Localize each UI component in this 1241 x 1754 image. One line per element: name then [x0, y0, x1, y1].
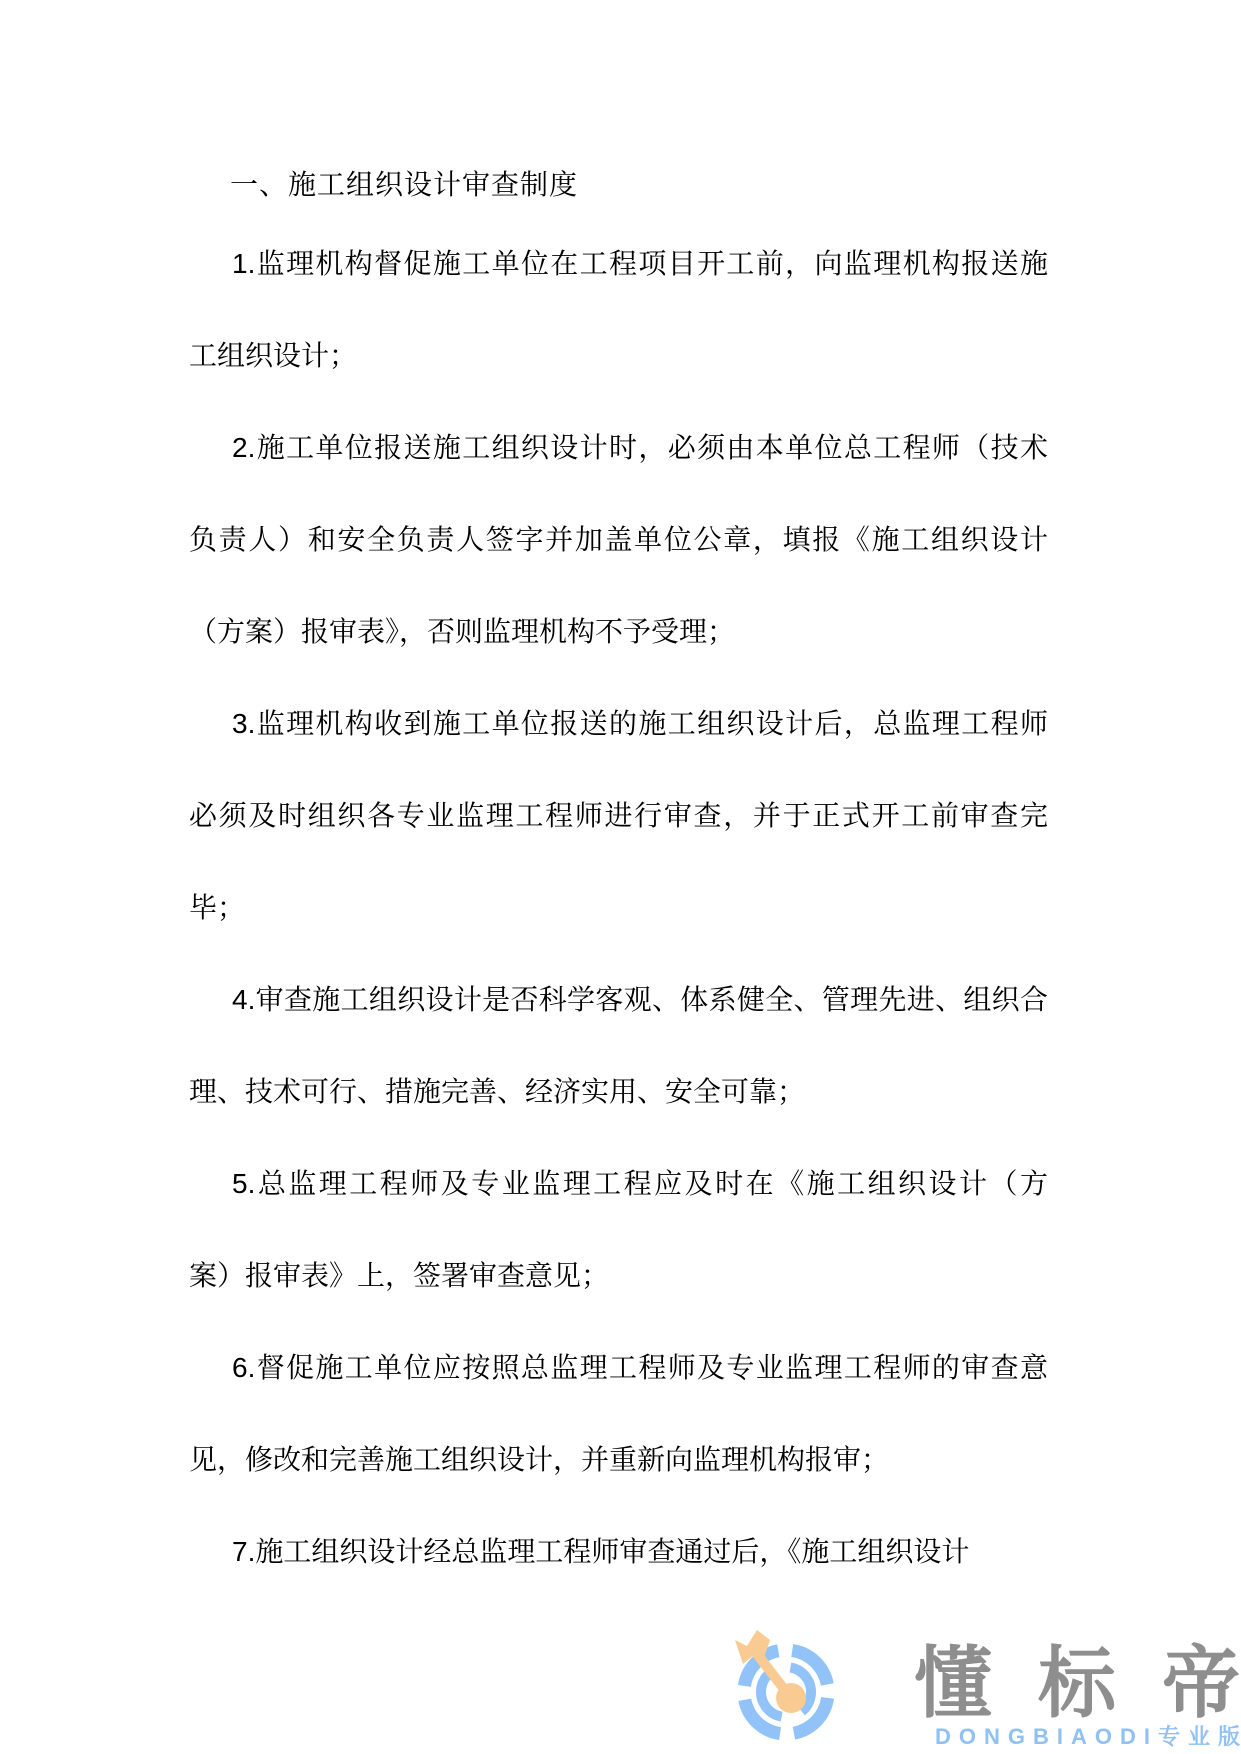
paragraph-2: 2.施工单位报送施工组织设计时，必须由本单位总工程师（技术负责人）和安全负责人签… [189, 402, 1048, 678]
text-line: 案）报审表》上，签署审查意见； [189, 1230, 1048, 1322]
brand-text-block: 懂标帝 DONGBIAODI专业版 [914, 1648, 1240, 1750]
paragraph-1: 1.监理机构督促施工单位在工程项目开工前，向监理机构报送施工组织设计； [189, 218, 1048, 402]
document-title: 一、施工组织设计审查制度 [189, 152, 1048, 218]
paragraph-7: 7.施工组织设计经总监理工程师审查通过后，《施工组织设计 [189, 1506, 1048, 1598]
text-line: 7.施工组织设计经总监理工程师审查通过后，《施工组织设计 [189, 1506, 1048, 1598]
text-line: （方案）报审表》，否则监理机构不予受理； [189, 586, 1048, 678]
brand-name: 懂标帝 [914, 1648, 1241, 1718]
text-line: 负责人）和安全负责人签字并加盖单位公章，填报《施工组织设计 [189, 494, 1048, 586]
document-body-area: 一、施工组织设计审查制度 1.监理机构督促施工单位在工程项目开工前，向监理机构报… [189, 0, 1048, 1598]
paragraph-4: 4.审查施工组织设计是否科学客观、体系健全、管理先进、组织合理、技术可行、措施完… [189, 954, 1048, 1138]
text-line: 3.监理机构收到施工单位报送的施工组织设计后，总监理工程师 [189, 678, 1048, 770]
brand-caption: DONGBIAODI专业版 [914, 1724, 1241, 1750]
document-paragraphs: 1.监理机构督促施工单位在工程项目开工前，向监理机构报送施工组织设计；2.施工单… [189, 218, 1048, 1598]
text-line: 毕； [189, 862, 1048, 954]
text-line: 5.总监理工程师及专业监理工程应及时在《施工组织设计（方 [189, 1138, 1048, 1230]
text-line: 1.监理机构督促施工单位在工程项目开工前，向监理机构报送施 [189, 218, 1048, 310]
brand-watermark: 懂标帝 DONGBIAODI专业版 [733, 1628, 1241, 1754]
text-line: 理、技术可行、措施完善、经济实用、安全可靠； [189, 1046, 1048, 1138]
document-page: 一、施工组织设计审查制度 1.监理机构督促施工单位在工程项目开工前，向监理机构报… [0, 0, 1241, 1754]
text-line: 4.审查施工组织设计是否科学客观、体系健全、管理先进、组织合 [189, 954, 1048, 1046]
dartboard-target-icon [733, 1628, 839, 1752]
paragraph-3: 3.监理机构收到施工单位报送的施工组织设计后，总监理工程师必须及时组织各专业监理… [189, 678, 1048, 954]
text-line: 必须及时组织各专业监理工程师进行审查，并于正式开工前审查完 [189, 770, 1048, 862]
text-line: 6.督促施工单位应按照总监理工程师及专业监理工程师的审查意 [189, 1322, 1048, 1414]
text-line: 2.施工单位报送施工组织设计时，必须由本单位总工程师（技术 [189, 402, 1048, 494]
text-line: 见，修改和完善施工组织设计，并重新向监理机构报审； [189, 1414, 1048, 1506]
text-line: 工组织设计； [189, 310, 1048, 402]
paragraph-5: 5.总监理工程师及专业监理工程应及时在《施工组织设计（方案）报审表》上，签署审查… [189, 1138, 1048, 1322]
paragraph-6: 6.督促施工单位应按照总监理工程师及专业监理工程师的审查意见，修改和完善施工组织… [189, 1322, 1048, 1506]
bullseye-dot [776, 1683, 806, 1713]
